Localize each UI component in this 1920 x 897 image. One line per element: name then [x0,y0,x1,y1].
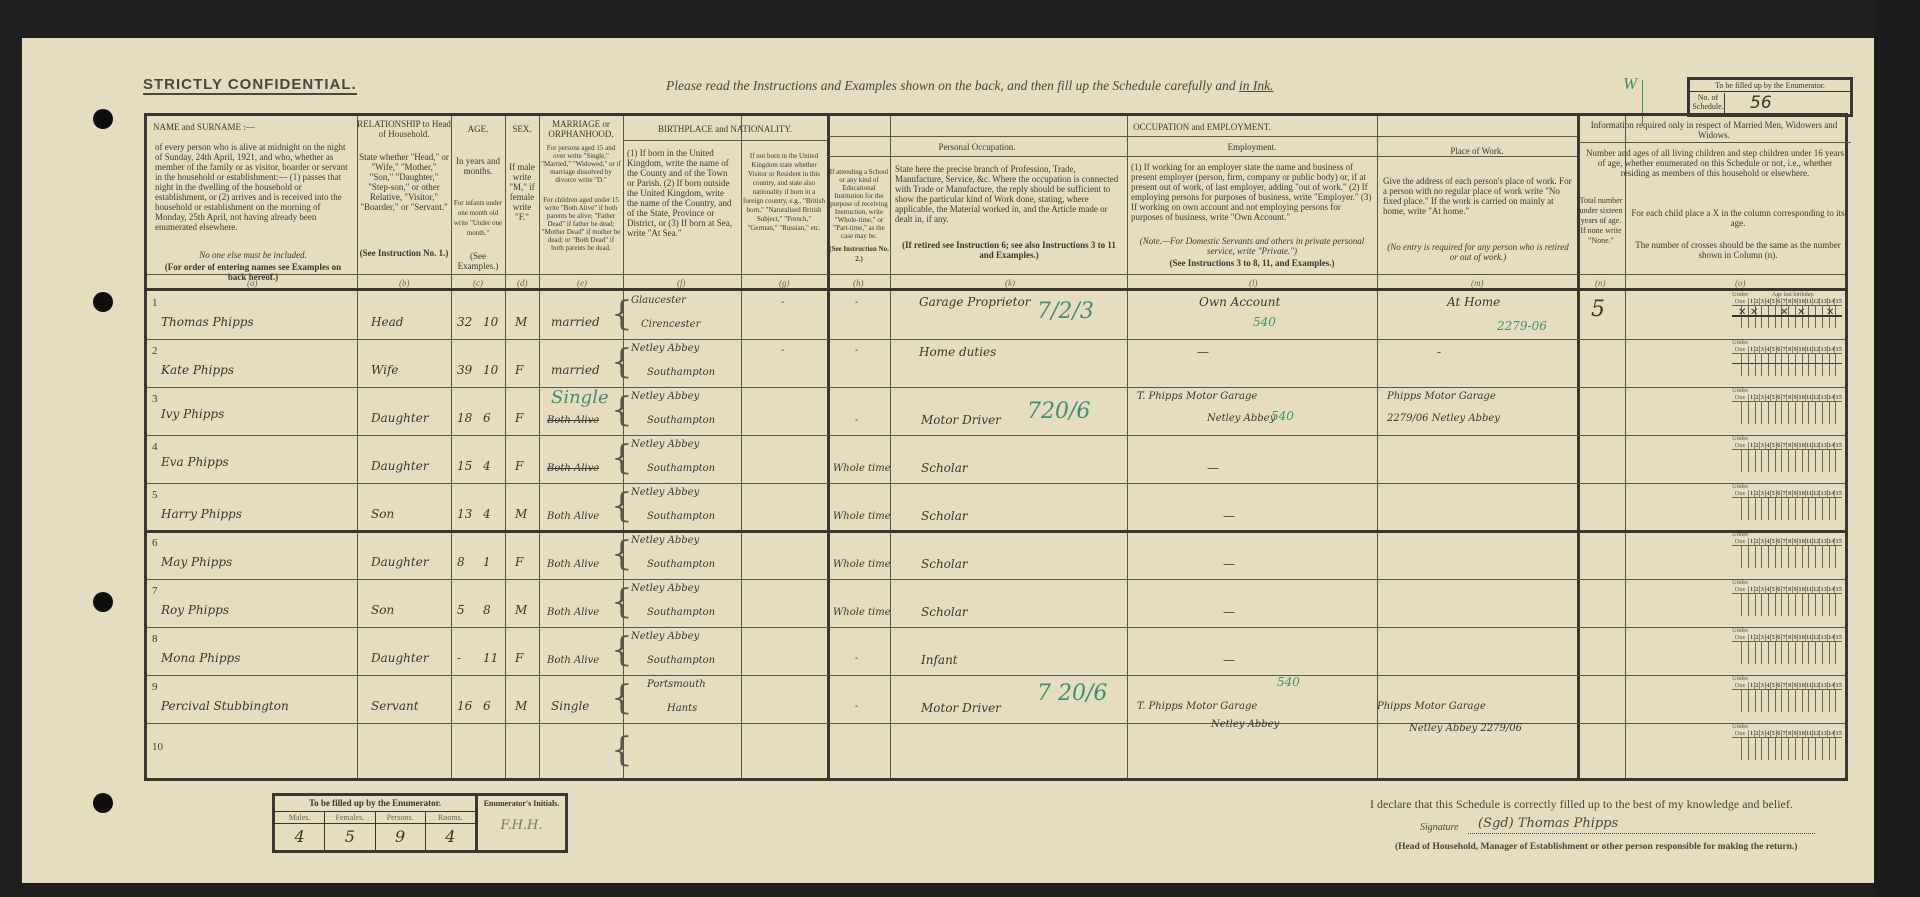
col-k-note: (If retired see Instruction 6; see also … [895,240,1123,260]
col-letter: (c) [473,278,483,288]
sex: F [515,363,523,377]
enumerator-initials: F.H.H. [478,818,565,833]
birthplace-town: Netley Abbey [631,487,699,498]
age-years: 15 [457,459,472,473]
age-col: 15 [1834,298,1842,305]
females-count: 5 [324,823,374,850]
age-grid-row9: Under One123456789101112131415 [1732,677,1842,712]
col-letter: (o) [1735,278,1746,288]
sex: M [515,699,527,713]
nationality: - [781,297,784,308]
birthplace-county: Southampton [647,559,715,570]
col-letter: (n) [1595,278,1606,288]
age-grid-row3: Under One123456789101112131415 [1732,389,1842,424]
row-number: 9 [152,681,158,693]
occupation: Scholar [921,509,968,523]
occupation: Scholar [921,461,968,475]
child-cross: ✕ [1738,307,1746,318]
instructions-line: Please read the Instructions and Example… [666,78,1274,94]
age-grid-row4: Under One123456789101112131415 [1732,437,1842,472]
col-k-body: State here the precise branch of Profess… [895,164,1123,224]
age-col: 12 [1812,298,1820,305]
col-b-title: RELATIONSHIP to Head of Household. [357,119,451,139]
birthplace-county: Southampton [647,367,715,378]
rule [827,136,1577,137]
table-row: 5 Harry Phipps Son 13 4 M Both Alive { N… [147,483,1845,531]
person-name: Harry Phipps [161,507,242,521]
signature-note: (Head of Household, Manager of Establish… [1395,842,1797,852]
col-letter: (b) [399,278,410,288]
relationship: Son [371,507,394,521]
school-attendance: - [855,345,858,356]
brace: { [611,393,633,427]
married-title: Information required only in respect of … [1579,120,1849,140]
col-letter: (e) [577,278,587,288]
rule [1577,142,1851,143]
occupation: Scholar [921,557,968,571]
birthplace-county: Southampton [647,463,715,474]
birthplace-county: Southampton [647,607,715,618]
col-letter: (g) [779,278,790,288]
table-row: 9 Percival Stubbington Servant 16 6 M Si… [147,675,1845,723]
enumerator-initials-label: Enumerator's Initials. [478,796,565,808]
persons-count: 9 [375,823,425,850]
schedule-box-label: No. of Schedule. [1692,93,1725,113]
confidential-title: STRICTLY CONFIDENTIAL. [143,76,357,95]
employment-address: Netley Abbey [1207,413,1275,424]
school-attendance: Whole time [833,559,891,570]
col-m-title: Place of Work. [1377,146,1577,156]
birthplace-county: Cirencester [641,319,700,330]
census-table: NAME and SURNAME :— of every person who … [144,113,1848,781]
birthplace-town: Glaucester [631,295,686,306]
age-months: 6 [483,699,491,713]
col-c-see: (See Examples.) [453,251,503,271]
relationship: Wife [371,363,399,377]
place-address: 2279/06 Netley Abbey [1387,413,1500,424]
age-months: 8 [483,603,491,617]
age-col: 11 [1805,298,1812,305]
col-a-title: NAME and SURNAME :— [147,122,363,132]
brace: { [611,489,633,523]
col-e-note: For children aged under 15 write "Both A… [541,196,621,252]
table-row: 3 Ivy Phipps Daughter 18 6 F Both Alive … [147,387,1845,435]
col-letter: (a) [247,278,258,288]
rule [827,156,1577,157]
sex: F [515,411,523,425]
brace: { [611,297,633,331]
child-cross: ✕ [1780,307,1788,318]
rule [623,140,827,141]
age-col: 13 [1819,298,1827,305]
col-m-body: Give the address of each person's place … [1383,176,1573,216]
person-name: Eva Phipps [161,455,229,469]
col-a-body: of every person who is alive at midnight… [155,142,351,232]
personal-occupation-title: Personal Occupation. [827,142,1127,152]
place-of-work: - [1437,345,1441,359]
age-years: 8 [457,555,465,569]
occupation: Home duties [919,345,996,359]
marriage-status: Both Alive [547,655,599,666]
birthplace-town: Netley Abbey [631,439,699,450]
school-attendance: Whole time [833,607,891,618]
place-code: 2279-06 [1497,319,1547,333]
col-l-see: (See Instructions 3 to 8, 11, and Exampl… [1131,258,1373,268]
age-years: 13 [457,507,472,521]
col-o-body: For each child place a X in the column c… [1631,208,1845,228]
employment-code: 540 [1253,315,1276,329]
table-row: 6 May Phipps Daughter 8 1 F Both Alive {… [147,531,1845,579]
marriage-status: married [551,363,600,377]
employment: — [1223,653,1235,667]
col-a-note: No one else must be included. [155,250,351,260]
place-of-work: At Home [1447,295,1500,309]
col-letter: (f) [677,278,686,288]
school-attendance: Whole time [833,511,891,522]
age-grid-row1: Age last birthday. Under One123456789101… [1732,293,1842,328]
marriage-status: Both Alive [547,559,599,570]
table-row: 1 Thomas Phipps Head 32 10 M married { G… [147,291,1845,339]
place-of-work: Phipps Motor Garage [1377,701,1486,712]
relationship: Head [371,315,403,329]
signature-label: Signature [1420,822,1459,833]
row-number: 6 [152,537,158,549]
relationship: Daughter [371,555,429,569]
col-letter: (h) [853,278,864,288]
age-grid-row2: Under One123456789101112131415 [1732,341,1842,376]
school-attendance: - [855,415,858,426]
birthplace-town: Netley Abbey [631,583,699,594]
birthplace-county: Hants [667,703,697,714]
col-h-body: If attending a School or any kind of Edu… [829,168,889,240]
school-attendance: - [855,701,858,712]
relationship: Daughter [371,411,429,425]
occupation-title: OCCUPATION and EMPLOYMENT. [827,122,1577,132]
col-d-title: SEX. [505,124,539,134]
occupation: Infant [921,653,958,667]
col-b-note: (See Instruction No. 1.) [359,248,449,258]
marriage-status: Both Alive [547,463,599,474]
persons-label: Persons. [375,812,425,823]
signature-line [1468,833,1815,834]
enumerator-box-values: 4 5 9 4 [275,823,475,850]
age-col: 14 [1827,298,1835,305]
row-number: 4 [152,441,158,453]
child-cross: ✕ [1826,307,1834,318]
marriage-status: Both Alive [547,511,599,522]
males-count: 4 [275,823,324,850]
brace: { [611,733,633,767]
col-letter: (m) [1471,278,1484,288]
relationship: Servant [371,699,419,713]
age-grid-row10: Under One123456789101112131415 [1732,725,1842,760]
sex: F [515,459,523,473]
person-name: Ivy Phipps [161,407,224,421]
birthplace-town: Netley Abbey [631,535,699,546]
birthplace-county: Southampton [647,655,715,666]
instructions-text: Please read the Instructions and Example… [666,78,1239,93]
employment-code: 540 [1277,675,1300,689]
age-grid-row6: Under One123456789101112131415 [1732,533,1842,568]
col-l-body: (1) If working for an employer state the… [1131,162,1373,222]
marriage-correction: Single [551,387,609,408]
signature: (Sgd) Thomas Phipps [1478,816,1618,831]
sex: M [515,315,527,329]
birthplace-title: BIRTHPLACE and NATIONALITY. [623,124,827,134]
person-name: Kate Phipps [161,363,234,377]
table-row: 4 Eva Phipps Daughter 15 4 F Both Alive … [147,435,1845,483]
age-grid-row8: Under One123456789101112131415 [1732,629,1842,664]
col-o-note: The number of crosses should be the same… [1631,240,1845,260]
age-months: 11 [483,651,498,665]
table-row: 7 Roy Phipps Son 5 8 M Both Alive { Netl… [147,579,1845,627]
occupation-code: 7/2/3 [1037,299,1094,324]
birthplace-town: Netley Abbey [631,391,699,402]
col-e-title: MARRIAGE or ORPHANHOOD. [539,119,623,139]
place-of-work: Phipps Motor Garage [1387,391,1496,402]
employment: — [1223,557,1235,571]
row-number: 10 [152,741,163,753]
punch-hole [93,109,113,129]
age-months: 10 [483,315,498,329]
row-number: 5 [152,489,158,501]
col-c-note: For infants under one month old write "U… [453,198,503,238]
col-h-note: (See Instruction No. 2.) [829,244,889,264]
brace: { [611,633,633,667]
row-number: 3 [152,393,158,405]
birthplace-county: Southampton [647,415,715,426]
col-m-note: (No entry is required for any person who… [1383,242,1573,262]
married-body: Number and ages of all living children a… [1583,148,1847,178]
schedule-box-title: To be filled up by the Enumerator. [1690,80,1850,92]
relationship: Daughter [371,651,429,665]
sex: F [515,555,523,569]
table-row: 2 Kate Phipps Wife 39 10 F married { Net… [147,339,1845,387]
punch-hole [93,793,113,813]
col-letter: (d) [517,278,528,288]
employment-code: 540 [1271,409,1294,423]
age-grid-label: Age last birthday. [1772,292,1814,298]
age-years: - [457,651,461,665]
sex: M [515,507,527,521]
employment: T. Phipps Motor Garage [1137,701,1257,712]
brace: { [611,585,633,619]
nationality: - [781,345,784,356]
age-months: 10 [483,363,498,377]
employment: — [1223,605,1235,619]
child-cross: ✕ [1750,307,1758,318]
enumerator-box-title: To be filled up by the Enumerator. [275,798,475,808]
person-name: Roy Phipps [161,603,229,617]
sex: M [515,603,527,617]
school-attendance: Whole time [833,463,891,474]
row-number: 2 [152,345,158,357]
marriage-status: Single [551,699,589,713]
schedule-number: 56 [1750,93,1772,113]
relationship: Son [371,603,394,617]
age-under-one: Under One [1732,291,1748,305]
age-years: 18 [457,411,472,425]
males-label: Males. [275,812,324,823]
marriage-status: Both Alive [547,607,599,618]
birthplace-town: Portsmouth [647,679,706,690]
employment: — [1207,461,1219,475]
person-name: Thomas Phipps [161,315,254,329]
col-b-body: State whether "Head," or "Wife," "Mother… [359,152,449,212]
punch-hole [93,292,113,312]
age-months: 1 [483,555,491,569]
instructions-ink: in Ink. [1239,78,1274,93]
occupation: Motor Driver [921,701,1001,715]
brace: { [611,441,633,475]
marriage-status: married [551,315,600,329]
table-row: 8 Mona Phipps Daughter - 11 F Both Alive… [147,627,1845,675]
row-number: 7 [152,585,158,597]
age-months: 4 [483,507,491,521]
col-c-title: AGE. [451,124,505,134]
col-l-title: Employment. [1127,142,1377,152]
females-label: Females. [324,812,374,823]
brace: { [611,681,633,715]
occupation: Garage Proprietor [919,295,1030,309]
sex: F [515,651,523,665]
employment: — [1223,509,1235,523]
col-letter: (l) [1249,278,1258,288]
age-years: 39 [457,363,472,377]
scan-edge [1874,0,1920,897]
col-e-body: For persons aged 15 and over write "Sing… [541,144,621,184]
age-years: 32 [457,315,472,329]
school-attendance: - [855,653,858,664]
person-name: Mona Phipps [161,651,240,665]
rooms-count: 4 [425,823,475,850]
table-row: 10 { [147,723,1845,778]
enumerator-initials-box: Enumerator's Initials. F.H.H. [475,796,565,850]
col-letter: (k) [1005,278,1015,288]
enumerator-tick-mark: W [1623,74,1637,94]
birthplace-town: Netley Abbey [631,343,699,354]
occupation-code: 7 20/6 [1037,681,1107,706]
child-cross: ✕ [1797,307,1805,318]
person-name: Percival Stubbington [161,699,289,713]
row-number: 8 [152,633,158,645]
punch-hole [93,592,113,612]
employment: — [1197,345,1209,359]
marriage-status-struck: Both Alive [547,415,599,426]
col-l-note: (Note.—For Domestic Servants and others … [1131,236,1373,256]
schedule-number-box: To be filled up by the Enumerator. No. o… [1687,77,1853,117]
col-g-body: If not born in the United Kingdom state … [743,152,825,233]
age-months: 4 [483,459,491,473]
col-n-body: Total number under sixteen years of age.… [1579,196,1623,246]
birthplace-town: Netley Abbey [631,631,699,642]
occupation-code: 720/6 [1027,399,1090,424]
age-grid-row7: Under One123456789101112131415 [1732,581,1842,616]
school-attendance: - [855,297,858,308]
row-number: 1 [152,297,158,309]
age-months: 6 [483,411,491,425]
employment: Own Account [1199,295,1280,309]
children-total: 5 [1591,297,1605,322]
age-years: 5 [457,603,465,617]
age-years: 16 [457,699,472,713]
age-grid-row5: Under One123456789101112131415 [1732,485,1842,520]
birthplace-county: Southampton [647,511,715,522]
enumerator-summary-box: To be filled up by the Enumerator. Males… [272,793,568,853]
occupation: Scholar [921,605,968,619]
age-col: 10 [1797,298,1805,305]
col-f-body: (1) If born in the United Kingdom, write… [627,148,737,238]
rooms-label: Rooms. [425,812,475,823]
grid-strike-line [1732,363,1842,364]
relationship: Daughter [371,459,429,473]
brace: { [611,537,633,571]
rule [147,274,1845,275]
declaration-text: I declare that this Schedule is correctl… [1370,797,1793,812]
col-c-body: In years and months. [453,156,503,176]
col-d-body: If male write "M," if female write "F." [507,162,537,222]
brace: { [611,345,633,379]
person-name: May Phipps [161,555,232,569]
occupation: Motor Driver [921,413,1001,427]
employment: T. Phipps Motor Garage [1137,391,1257,402]
